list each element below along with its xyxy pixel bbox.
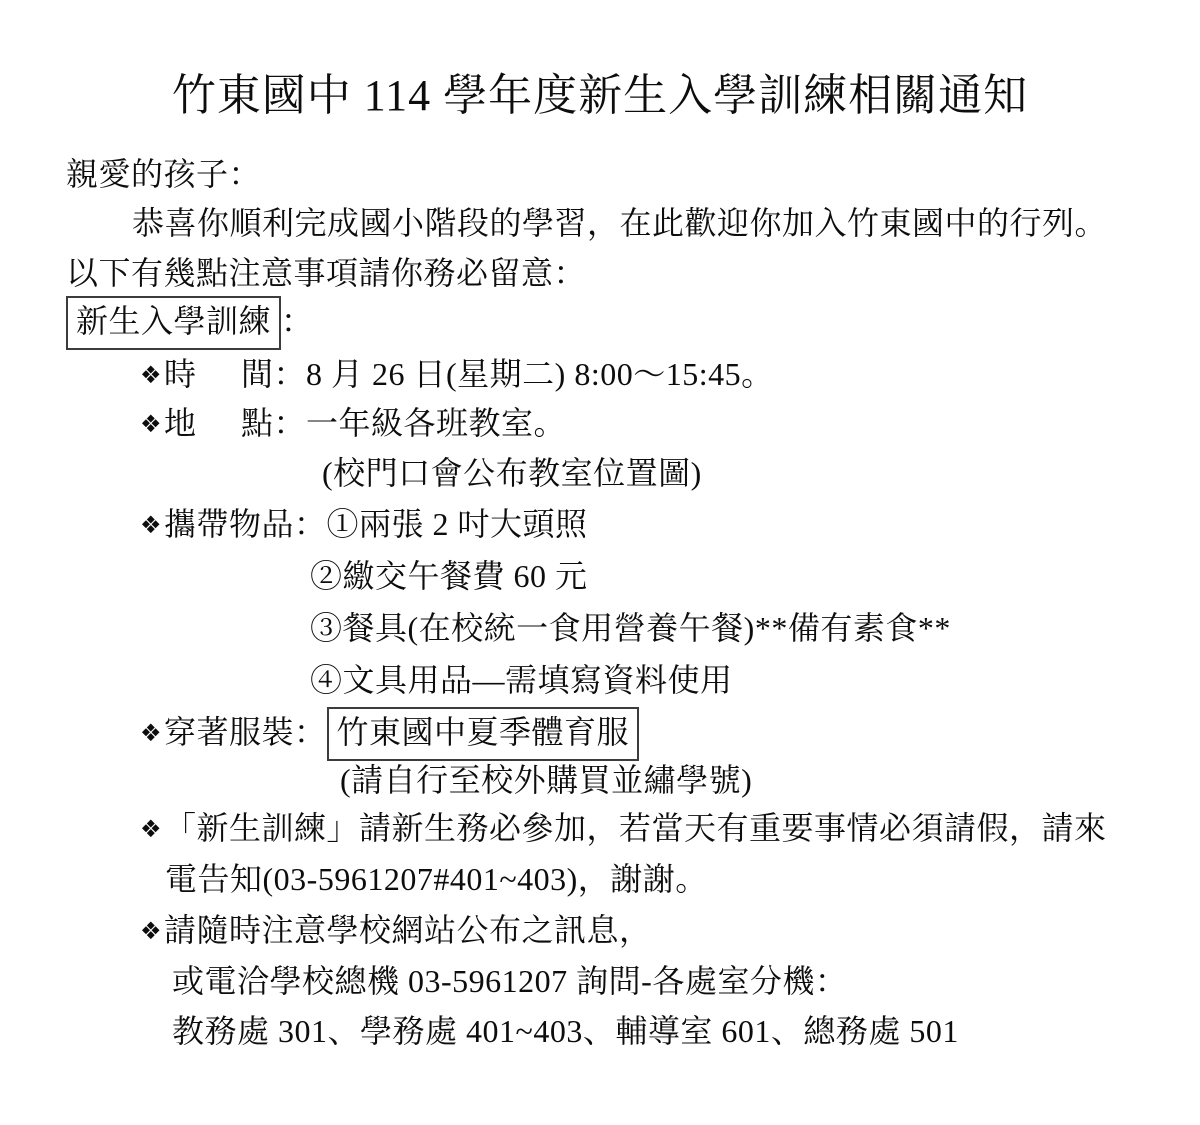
bring-label: 攜帶物品： (164, 506, 327, 542)
attendance-line2: 電告知(03-5961207#401~403)，謝謝。 (165, 857, 708, 901)
diamond-bullet-icon: ❖ (140, 353, 164, 397)
contact-row: ❖請隨時注意學校網站公布之訊息， (140, 908, 652, 953)
bring-item-1: ①兩張 2 吋大頭照 (327, 506, 588, 542)
section-heading-row: 新生入學訓練： (66, 296, 314, 350)
contact-line1: 請隨時注意學校網站公布之訊息， (164, 912, 652, 948)
time-value: 8 月 26 日(星期二) 8:00～15:45。 (306, 356, 774, 392)
salutation: 親愛的孩子： (66, 152, 261, 196)
diamond-bullet-icon: ❖ (140, 402, 164, 446)
time-label-right: 間： (241, 356, 306, 392)
diamond-bullet-icon: ❖ (140, 503, 164, 547)
place-value: 一年級各班教室。 (306, 405, 566, 441)
contact-line3: 教務處 301、學務處 401~403、輔導室 601、總務處 501 (172, 1009, 959, 1053)
attendance-row: ❖「新生訓練」請新生務必參加，若當天有重要事情必須請假，請來 (140, 806, 1107, 851)
dress-label: 穿著服裝： (164, 714, 327, 750)
place-note: (校門口會公布教室位置圖) (322, 451, 702, 495)
contact-line2: 或電洽學校總機 03-5961207 詢問-各處室分機： (172, 959, 847, 1003)
time-row: ❖時間：8 月 26 日(星期二) 8:00～15:45。 (140, 352, 774, 397)
time-label-left: 時 (164, 352, 241, 396)
bring-item-3: ③餐具(在校統一食用營養午餐)**備有素食** (310, 606, 951, 650)
bring-item-2: ②繳交午餐費 60 元 (310, 554, 588, 598)
bring-row: ❖攜帶物品：①兩張 2 吋大頭照 (140, 502, 588, 547)
section-heading-box: 新生入學訓練 (66, 296, 281, 350)
notice-document: 竹東國中 114 學年度新生入學訓練相關通知 親愛的孩子： 恭喜你順利完成國小階… (0, 0, 1200, 1125)
place-label-right: 點： (241, 405, 306, 441)
document-title: 竹東國中 114 學年度新生入學訓練相關通知 (0, 70, 1200, 122)
dress-row: ❖穿著服裝：竹東國中夏季體育服 (140, 707, 639, 761)
place-label-left: 地 (164, 401, 241, 445)
notice-lead: 以下有幾點注意事項請你務必留意： (66, 251, 586, 295)
dress-value-box: 竹東國中夏季體育服 (327, 707, 640, 761)
place-row: ❖地點：一年級各班教室。 (140, 401, 566, 446)
dress-note: (請自行至校外購買並繡學號) (340, 758, 752, 802)
diamond-bullet-icon: ❖ (140, 909, 164, 953)
bring-item-4: ④文具用品—需填寫資料使用 (310, 658, 733, 702)
section-heading-colon: ： (281, 303, 314, 339)
diamond-bullet-icon: ❖ (140, 807, 164, 851)
intro-paragraph: 恭喜你順利完成國小階段的學習，在此歡迎你加入竹東國中的行列。 (132, 201, 1107, 245)
attendance-line1: 「新生訓練」請新生務必參加，若當天有重要事情必須請假，請來 (164, 810, 1107, 846)
diamond-bullet-icon: ❖ (140, 711, 164, 755)
